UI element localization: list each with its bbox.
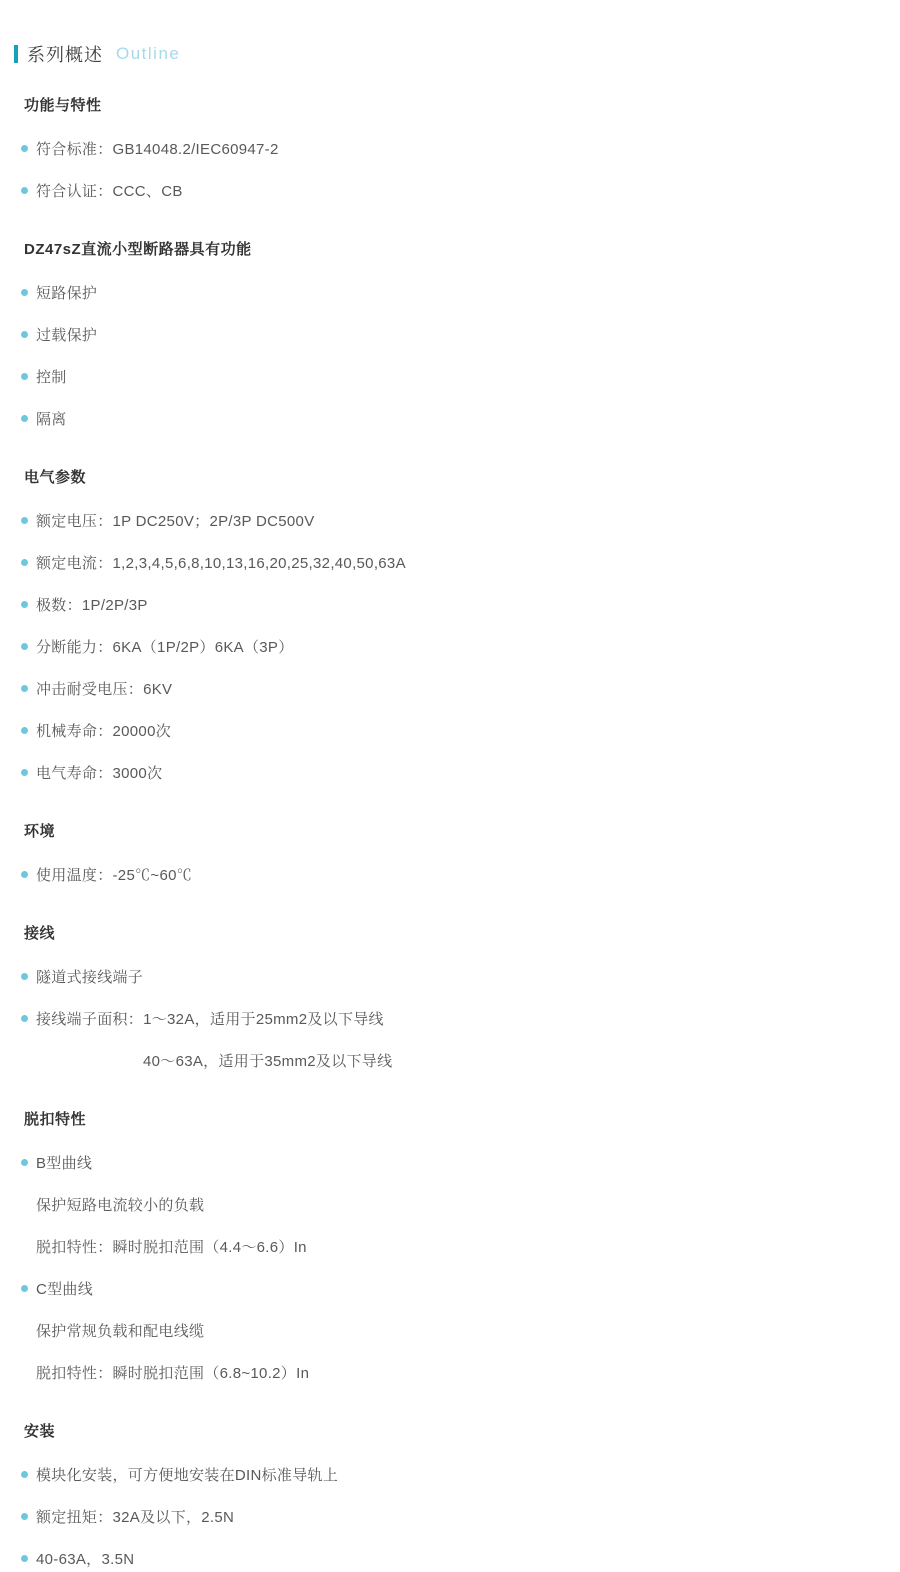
list-item-text: 隔离: [36, 408, 67, 429]
list-item-text: 机械寿命：20000次: [36, 720, 171, 741]
list-item: 分断能力：6KA（1P/2P）6KA（3P）: [21, 625, 900, 667]
list-item: 额定扭矩：32A及以下，2.5N: [21, 1495, 900, 1537]
list-item-text: 符合认证：CCC、CB: [36, 180, 183, 201]
list-item: 40～63A，适用于35mm2及以下导线: [21, 1039, 900, 1081]
section: 脱扣特性B型曲线保护短路电流较小的负载脱扣特性：瞬时脱扣范围（4.4～6.6）I…: [24, 1108, 900, 1393]
section: 电气参数额定电压：1P DC250V；2P/3P DC500V额定电流：1,2,…: [24, 466, 900, 793]
list-item: 隧道式接线端子: [21, 955, 900, 997]
list-item-text: 控制: [36, 366, 67, 387]
list-item-text: 分断能力：6KA（1P/2P）6KA（3P）: [36, 636, 294, 657]
bullet-icon: [21, 559, 28, 566]
accent-bar-icon: [14, 45, 18, 63]
list-item-text: 过载保护: [36, 324, 97, 345]
list-item: 额定电压：1P DC250V；2P/3P DC500V: [21, 499, 900, 541]
list-item-text: 接线端子面积：1～32A，适用于25mm2及以下导线: [36, 1008, 384, 1029]
list-item: 40-63A，3.5N: [21, 1537, 900, 1572]
section-heading: DZ47sZ直流小型断路器具有功能: [24, 238, 900, 259]
bullet-icon: [21, 1471, 28, 1478]
list-item: 隔离: [21, 397, 900, 439]
page-subtitle: Outline: [116, 44, 180, 64]
page: 系列概述 Outline 功能与特性符合标准：GB14048.2/IEC6094…: [0, 0, 900, 1572]
bullet-icon: [21, 187, 28, 194]
section: 安装模块化安装，可方便地安装在DIN标准导轨上额定扭矩：32A及以下，2.5N4…: [24, 1420, 900, 1572]
list-item-text: 40-63A，3.5N: [36, 1548, 134, 1569]
list-item-text: 额定扭矩：32A及以下，2.5N: [36, 1506, 234, 1527]
bullet-icon: [21, 871, 28, 878]
list-item: 符合认证：CCC、CB: [21, 169, 900, 211]
section-heading: 功能与特性: [24, 94, 900, 115]
list-item: 机械寿命：20000次: [21, 709, 900, 751]
bullet-icon: [21, 727, 28, 734]
list-item-text: 符合标准：GB14048.2/IEC60947-2: [36, 138, 279, 159]
section-heading: 脱扣特性: [24, 1108, 900, 1129]
section: 功能与特性符合标准：GB14048.2/IEC60947-2符合认证：CCC、C…: [24, 94, 900, 211]
list-item: 脱扣特性：瞬时脱扣范围（4.4～6.6）In: [21, 1225, 900, 1267]
list-item: 符合标准：GB14048.2/IEC60947-2: [21, 127, 900, 169]
bullet-icon: [21, 331, 28, 338]
list-item-text: C型曲线: [36, 1278, 93, 1299]
list-item: 冲击耐受电压：6KV: [21, 667, 900, 709]
list-item: 模块化安装，可方便地安装在DIN标准导轨上: [21, 1453, 900, 1495]
bullet-icon: [21, 601, 28, 608]
section: 环境使用温度：-25℃~60℃: [24, 820, 900, 895]
section-heading: 安装: [24, 1420, 900, 1441]
section-heading: 接线: [24, 922, 900, 943]
list-item: C型曲线: [21, 1267, 900, 1309]
section: DZ47sZ直流小型断路器具有功能短路保护过载保护控制隔离: [24, 238, 900, 439]
bullet-icon: [21, 373, 28, 380]
list-item-text: 40～63A，适用于35mm2及以下导线: [143, 1050, 392, 1071]
list-item-text: 隧道式接线端子: [36, 966, 143, 987]
bullet-icon: [21, 685, 28, 692]
list-item: 使用温度：-25℃~60℃: [21, 853, 900, 895]
page-header: 系列概述 Outline: [14, 41, 900, 67]
list-item-text: 冲击耐受电压：6KV: [36, 678, 172, 699]
bullet-icon: [21, 643, 28, 650]
list-item-text: 脱扣特性：瞬时脱扣范围（4.4～6.6）In: [36, 1236, 307, 1257]
page-title: 系列概述: [27, 41, 103, 67]
bullet-icon: [21, 1555, 28, 1562]
list-item: 短路保护: [21, 271, 900, 313]
bullet-icon: [21, 1015, 28, 1022]
list-item-text: 脱扣特性：瞬时脱扣范围（6.8~10.2）In: [36, 1362, 309, 1383]
list-item: 极数：1P/2P/3P: [21, 583, 900, 625]
list-item: B型曲线: [21, 1141, 900, 1183]
list-item-text: 使用温度：-25℃~60℃: [36, 864, 192, 885]
list-item-text: 保护短路电流较小的负载: [36, 1194, 204, 1215]
bullet-icon: [21, 769, 28, 776]
list-item: 控制: [21, 355, 900, 397]
list-item-text: 电气寿命：3000次: [36, 762, 162, 783]
list-item-text: 短路保护: [36, 282, 97, 303]
list-item: 保护短路电流较小的负载: [21, 1183, 900, 1225]
section-heading: 电气参数: [24, 466, 900, 487]
bullet-icon: [21, 1159, 28, 1166]
list-item-text: 极数：1P/2P/3P: [36, 594, 148, 615]
list-item: 额定电流：1,2,3,4,5,6,8,10,13,16,20,25,32,40,…: [21, 541, 900, 583]
bullet-icon: [21, 1513, 28, 1520]
list-item-text: B型曲线: [36, 1152, 92, 1173]
list-item-text: 保护常规负载和配电线缆: [36, 1320, 204, 1341]
section: 接线隧道式接线端子接线端子面积：1～32A，适用于25mm2及以下导线40～63…: [24, 922, 900, 1081]
list-item: 电气寿命：3000次: [21, 751, 900, 793]
bullet-icon: [21, 1285, 28, 1292]
content: 功能与特性符合标准：GB14048.2/IEC60947-2符合认证：CCC、C…: [0, 94, 900, 1572]
list-item: 接线端子面积：1～32A，适用于25mm2及以下导线: [21, 997, 900, 1039]
list-item-text: 额定电压：1P DC250V；2P/3P DC500V: [36, 510, 315, 531]
bullet-icon: [21, 415, 28, 422]
bullet-icon: [21, 145, 28, 152]
list-item: 过载保护: [21, 313, 900, 355]
list-item: 脱扣特性：瞬时脱扣范围（6.8~10.2）In: [21, 1351, 900, 1393]
list-item-text: 额定电流：1,2,3,4,5,6,8,10,13,16,20,25,32,40,…: [36, 552, 406, 573]
list-item: 保护常规负载和配电线缆: [21, 1309, 900, 1351]
bullet-icon: [21, 517, 28, 524]
list-item-text: 模块化安装，可方便地安装在DIN标准导轨上: [36, 1464, 338, 1485]
bullet-icon: [21, 973, 28, 980]
bullet-icon: [21, 289, 28, 296]
section-heading: 环境: [24, 820, 900, 841]
